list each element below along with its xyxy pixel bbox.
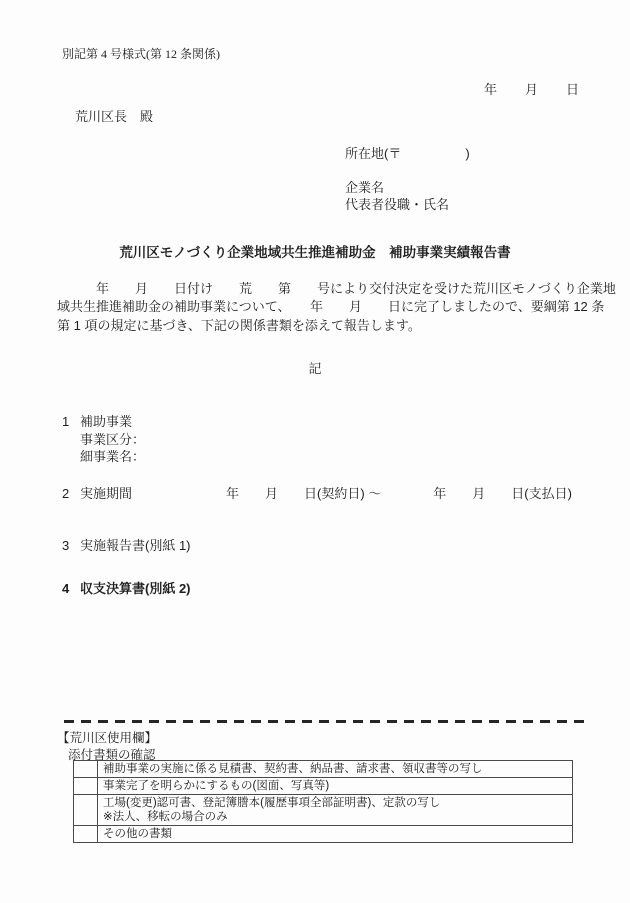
item-1-business-category: 事業区分：	[80, 432, 145, 448]
day-label: 日	[566, 82, 579, 98]
office-use-header: 【荒川区使用欄】	[57, 730, 157, 746]
date-line: 年 月 日	[484, 82, 579, 98]
form-number: 別記第 4 号様式(第 12 条関係)	[62, 46, 220, 62]
item-3-number: 3	[62, 538, 69, 554]
row-text: 補助事業の実施に係る見積書、契約書、納品書、請求書、領収書等の写し	[103, 762, 568, 776]
row-text-note: ※法人、移転の場合のみ	[103, 810, 568, 824]
table-row: 工場(変更)認可書、登記簿謄本(履歴事項全部証明書)、定款の写し ※法人、移転の…	[74, 795, 573, 826]
company-name-label: 企業名	[345, 180, 384, 196]
address-label: 所在地(〒	[345, 146, 401, 161]
report-form-page: 別記第 4 号様式(第 12 条関係) 年 月 日 荒川区長 殿 所在地(〒) …	[0, 0, 630, 903]
body-line: 域共生推進補助金の補助事業について、 年 月 日に完了しましたので、要綱第 12…	[57, 298, 597, 316]
month-label: 月	[525, 82, 538, 98]
ki-marker: 記	[0, 361, 630, 377]
item-4-label: 収支決算書(別紙 2)	[80, 581, 191, 597]
item-2-period: 年 月 日(契約日) ～ 年 月 日(支払日)	[226, 486, 572, 502]
body-paragraph: 年 月 日付け 荒 第 号により交付決定を受けた荒川区モノづくり企業地 域共生推…	[57, 280, 597, 335]
item-3-label: 実施報告書(別紙 1)	[80, 538, 191, 554]
check-cell	[74, 761, 98, 778]
address-line: 所在地(〒)	[345, 146, 470, 162]
check-cell	[74, 778, 98, 795]
dashed-separator	[64, 720, 585, 723]
table-row: 事業完了を明らかにするもの(図面、写真等)	[74, 778, 573, 795]
item-2-label: 実施期間	[80, 486, 132, 502]
addressee: 荒川区長 殿	[75, 109, 153, 125]
item-1-number: 1	[62, 414, 69, 430]
item-1-label: 補助事業	[80, 414, 132, 430]
address-close-paren: )	[465, 146, 469, 161]
item-4-number: 4	[62, 581, 69, 597]
item-1-sub-business-name: 細事業名：	[80, 449, 145, 465]
year-label: 年	[484, 82, 497, 98]
body-line: 第 1 項の規定に基づき、下記の関係書類を添えて報告します。	[57, 317, 597, 335]
body-line: 年 月 日付け 荒 第 号により交付決定を受けた荒川区モノづくり企業地	[57, 280, 597, 298]
table-row: その他の書類	[74, 826, 573, 843]
check-cell	[74, 826, 98, 843]
item-2-number: 2	[62, 486, 69, 502]
row-text: 事業完了を明らかにするもの(図面、写真等)	[103, 779, 568, 793]
check-cell	[74, 795, 98, 826]
row-text: その他の書類	[103, 827, 568, 841]
document-title: 荒川区モノづくり企業地域共生推進補助金 補助事業実績報告書	[0, 245, 630, 261]
table-row: 補助事業の実施に係る見積書、契約書、納品書、請求書、領収書等の写し	[74, 761, 573, 778]
attachment-check-table: 補助事業の実施に係る見積書、契約書、納品書、請求書、領収書等の写し 事業完了を明…	[73, 760, 573, 843]
representative-label: 代表者役職・氏名	[345, 197, 449, 213]
row-text: 工場(変更)認可書、登記簿謄本(履歴事項全部証明書)、定款の写し	[103, 796, 568, 810]
